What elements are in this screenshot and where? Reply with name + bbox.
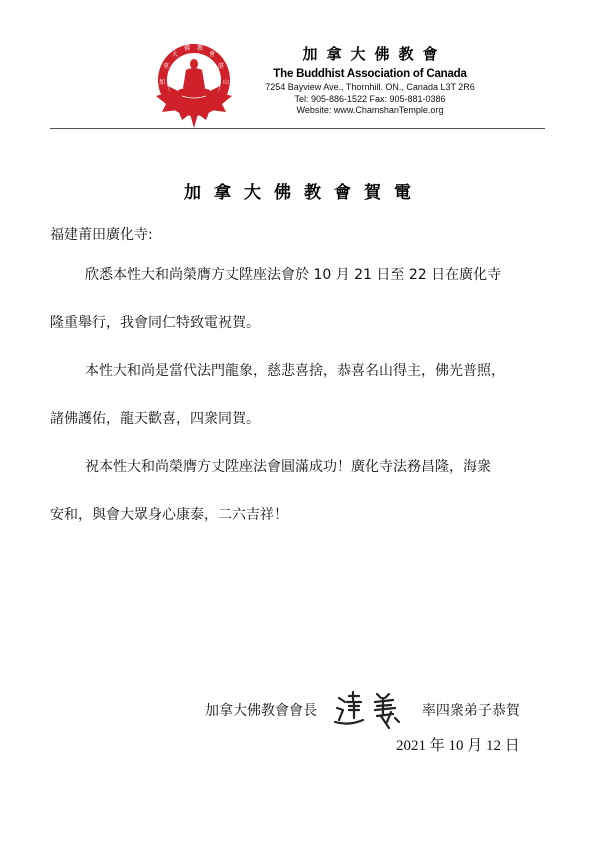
header-divider	[50, 128, 545, 129]
document-title: 加拿大佛教會賀電	[0, 178, 595, 203]
document-date: 2021 年 10 月 12 日	[396, 734, 520, 755]
org-name-english: The Buddhist Association of Canada	[250, 67, 490, 82]
svg-text:湛: 湛	[218, 62, 224, 70]
svg-text:會: 會	[209, 50, 215, 58]
salutation: 福建莆田廣化寺:	[50, 226, 153, 244]
org-name-chinese: 加拿大佛教會	[259, 44, 490, 64]
svg-text:教: 教	[197, 44, 203, 52]
org-website: Website: www.ChamshanTemple.org	[250, 105, 490, 117]
paragraph-1-line-2: 隆重舉行，我會同仁特致電祝賀。	[50, 314, 260, 332]
closing-suffix: 率四衆弟子恭賀	[422, 700, 520, 720]
buddha-maple-leaf-logo-icon: 加 拿 大 佛 教 會 湛 山	[148, 40, 240, 128]
closing-signature-row: 加拿大佛教會會長 率四衆弟子恭賀	[205, 690, 520, 720]
svg-text:拿: 拿	[163, 62, 169, 70]
organization-info: 加拿大佛教會 The Buddhist Association of Canad…	[250, 44, 490, 117]
svg-text:山: 山	[223, 78, 229, 86]
svg-text:大: 大	[172, 50, 178, 58]
paragraph-3-line-2: 安和，與會大眾身心康泰，二六吉祥！	[50, 506, 288, 524]
paragraph-2-line-2: 諸佛護佑，龍天歡喜，四衆同賀。	[50, 410, 260, 428]
svg-text:佛: 佛	[184, 44, 190, 52]
paragraph-2-line-1: 本性大和尚是當代法門龍象，慈悲喜捨，恭喜名山得主，佛光普照，	[85, 362, 505, 380]
svg-text:加: 加	[159, 78, 165, 86]
signer-title: 加拿大佛教會會長	[205, 700, 317, 720]
letterhead: 加 拿 大 佛 教 會 湛 山 加拿大佛教會 The Buddhist Asso…	[0, 0, 595, 130]
paragraph-1-line-1: 欣悉本性大和尚榮膺方丈陞座法會於 10 月 21 日至 22 日在廣化寺	[85, 266, 501, 284]
paragraph-3-line-1: 祝本性大和尚榮膺方丈陞座法會圓滿成功！廣化寺法務昌隆，海衆	[85, 458, 491, 476]
org-address: 7254 Bayview Ave., Thornhill. ON., Canad…	[250, 82, 490, 94]
org-phone-fax: Tel: 905-886-1522 Fax: 905-881-0386	[250, 94, 490, 106]
handwritten-signature-icon	[329, 690, 409, 730]
